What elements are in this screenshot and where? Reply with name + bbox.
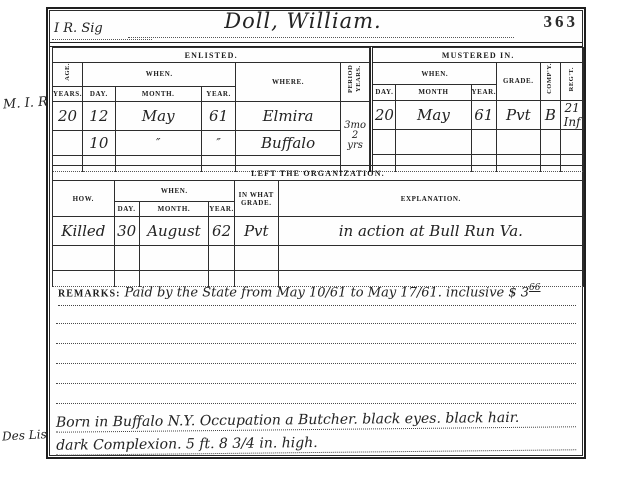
empty-cell — [396, 130, 471, 155]
remarks-label: REMARKS: — [58, 288, 120, 299]
mustered-month-value: May — [396, 100, 471, 129]
regiment-header: REG'T. — [561, 63, 584, 100]
leftorg-day-value: 30 — [114, 217, 139, 246]
mustered-regiment-value: 21 Inf — [561, 100, 584, 129]
empty-cell — [497, 130, 540, 155]
card-number: 363 — [544, 12, 579, 32]
period-note: 3mo 2 yrs — [340, 101, 370, 171]
regiment-header-label: REG'T. — [568, 67, 576, 91]
mustered-month-subheader: MONTH — [396, 85, 471, 101]
empty-cell — [234, 246, 278, 271]
in-what-grade-header: IN WHAT GRADE. — [234, 181, 278, 217]
blank-dotted-line — [56, 383, 576, 384]
period-note-line3: yrs — [341, 141, 370, 151]
company-header-label: COMP'Y. — [546, 63, 554, 94]
blank-dotted-line — [56, 323, 576, 324]
enlisted-year-value: 61 — [201, 101, 236, 130]
leftorg-year-value: 62 — [209, 217, 235, 246]
leftorg-month-value: August — [139, 217, 209, 246]
enlisted-table: ENLISTED. AGE. WHEN. WHERE. PERIOD YEARS… — [52, 47, 370, 172]
description-line-2: dark Complexion. 5 ft. 8 3/4 in. high. — [56, 427, 576, 455]
margin-note-mir: M. I. R — [3, 94, 49, 112]
enlisted-year-ditto: ″ — [201, 130, 236, 155]
record-card: I R. Sig Doll, William. 363 ENLISTED. AG… — [46, 7, 586, 459]
personal-description-notes: Born in Buffalo N.Y. Occupation a Butche… — [56, 404, 576, 455]
leftorg-year-subheader: YEAR. — [209, 202, 235, 217]
enlisted-where-value: Elmira — [236, 101, 340, 130]
top-tables-row: ENLISTED. AGE. WHEN. WHERE. PERIOD YEARS… — [52, 47, 584, 172]
mustered-in-title: MUSTERED IN. — [372, 48, 584, 63]
empty-cell — [114, 246, 139, 271]
left-organization-table: LEFT THE ORGANIZATION. HOW. WHEN. IN WHA… — [52, 165, 584, 287]
enlisted-age-value-2 — [53, 130, 83, 155]
empty-cell — [471, 130, 497, 155]
mustered-day-value: 20 — [372, 100, 396, 129]
mustered-company-value: B — [540, 100, 561, 129]
age-header: AGE. — [53, 63, 83, 87]
remarks-row: REMARKS: Paid by the State from May 10/6… — [58, 283, 576, 306]
enlisted-month-value: May — [115, 101, 201, 130]
empty-cell — [209, 246, 235, 271]
enlisted-day-value-2: 10 — [83, 130, 116, 155]
explanation-header: EXPLANATION. — [278, 181, 583, 217]
company-header: COMP'Y. — [540, 63, 561, 100]
age-years-subheader: YEARS. — [53, 86, 83, 101]
blank-dotted-line — [56, 403, 576, 404]
leftorg-month-subheader: MONTH. — [139, 202, 209, 217]
empty-cell — [139, 246, 209, 271]
remarks-amount-superscript: 66 — [529, 283, 540, 293]
enlisted-month-subheader: MONTH. — [115, 86, 201, 101]
mustered-when-header: WHEN. — [372, 63, 497, 85]
signature-rule — [52, 39, 152, 40]
left-organization-title: LEFT THE ORGANIZATION. — [53, 166, 584, 181]
period-years-header-label: PERIOD YEARS. — [347, 61, 363, 97]
mustered-in-table: MUSTERED IN. WHEN. GRADE. COMP'Y. REG'T.… — [370, 47, 584, 172]
remarks-text: Paid by the State from May 10/61 to May … — [124, 285, 529, 300]
blank-dotted-line — [56, 363, 576, 364]
period-years-header: PERIOD YEARS. — [340, 63, 370, 102]
how-value: Killed — [53, 217, 115, 246]
enlisted-month-ditto: ″ — [115, 130, 201, 155]
empty-cell — [53, 246, 115, 271]
leftorg-day-subheader: DAY. — [114, 202, 139, 217]
mustered-day-subheader: DAY. — [372, 85, 396, 101]
enlisted-day-subheader: DAY. — [83, 86, 116, 101]
soldier-name: Doll, William. — [158, 9, 448, 33]
explanation-value: in action at Bull Run Va. — [278, 217, 583, 246]
leftorg-when-header: WHEN. — [114, 181, 234, 202]
enlisted-where-header: WHERE. — [236, 63, 340, 102]
blank-dotted-line — [56, 343, 576, 344]
empty-cell — [372, 130, 396, 155]
enlisted-where-value-2: Buffalo — [236, 130, 340, 155]
mustered-grade-value: Pvt — [497, 100, 540, 129]
enlisted-year-subheader: YEAR. — [201, 86, 236, 101]
enlisted-day-value: 12 — [83, 101, 116, 130]
enlisted-age-value: 20 — [53, 101, 83, 130]
mustered-year-value: 61 — [471, 100, 497, 129]
enlisted-when-header: WHEN. — [83, 63, 236, 87]
mustered-year-subheader: YEAR. — [471, 85, 497, 101]
regiment-signature: I R. Sig — [54, 21, 150, 36]
grade-header: GRADE. — [497, 63, 540, 100]
age-header-label: AGE. — [64, 63, 72, 81]
enlisted-title: ENLISTED. — [53, 48, 370, 63]
name-rule — [128, 37, 514, 38]
leftorg-grade-value: Pvt — [234, 217, 278, 246]
empty-cell — [278, 246, 583, 271]
how-header: HOW. — [53, 181, 115, 217]
empty-cell — [561, 130, 584, 155]
empty-cell — [540, 130, 561, 155]
